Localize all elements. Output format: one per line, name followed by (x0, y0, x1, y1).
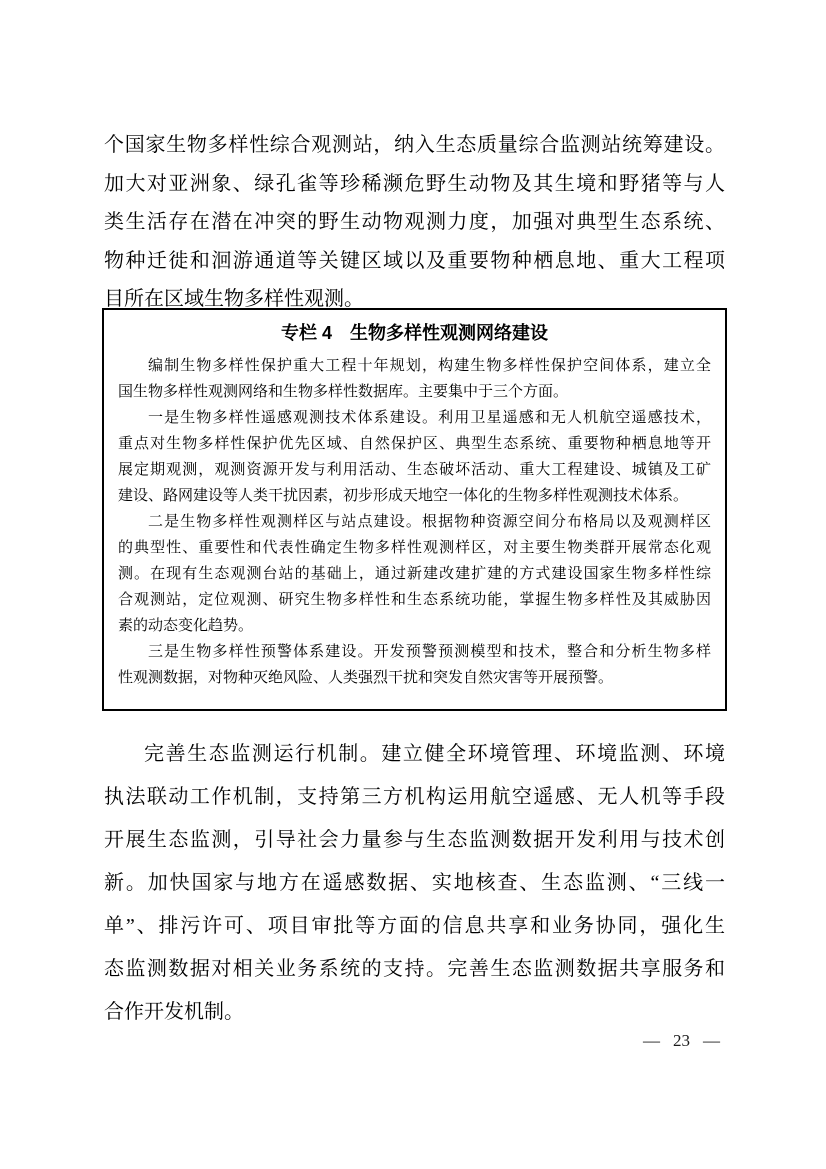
box-paragraph-third-point: 三是生物多样性预警体系建设。开发预警预测模型和技术，整合和分析生物多样性观测数据… (118, 639, 711, 691)
box-paragraph-overview: 编制生物多样性保护重大工程十年规划，构建生物多样性保护空间体系，建立全国生物多样… (118, 353, 711, 405)
callout-box-zhuanlan-4: 专栏 4 生物多样性观测网络建设 编制生物多样性保护重大工程十年规划，构建生物多… (102, 308, 727, 711)
page-footer: — 23 — (643, 1031, 720, 1051)
text-line: 国生物多样性观测网络和生物多样性数据库。主要集中于三个方面。 (118, 379, 711, 405)
box-paragraph-first-point: 一是生物多样性遥感观测技术体系建设。利用卫星遥感和无人机航空遥感技术，重点对生物… (118, 405, 711, 509)
text-line: 重点对生物多样性保护优先区域、自然保护区、典型生态系统、重要物种栖息地等开 (118, 431, 711, 457)
footer-right-dash: — (703, 1031, 720, 1051)
text-line: 测。在现有生态观测台站的基础上，通过新建改建扩建的方式建设国家生物多样性综 (118, 561, 711, 587)
document-page: 个国家生物多样性综合观测站，纳入生态质量综合监测站统筹建设。加大对亚洲象、绿孔雀… (0, 0, 826, 1169)
text-line: 编制生物多样性保护重大工程十年规划，构建生物多样性保护空间体系，建立全 (118, 353, 711, 379)
text-line: 类生活存在潜在冲突的野生动物观测力度，加强对典型生态系统、 (104, 203, 725, 242)
text-line: 开展生态监测，引导社会力量参与生态监测数据开发利用与技术创 (104, 819, 725, 862)
text-line: 素的动态变化趋势。 (118, 613, 711, 639)
box-paragraph-second-point: 二是生物多样性观测样区与站点建设。根据物种资源空间分布格局以及观测样区的典型性、… (118, 509, 711, 639)
text-line: 的典型性、重要性和代表性确定生物多样性观测样区，对主要生物类群开展常态化观 (118, 535, 711, 561)
callout-box-title: 专栏 4 生物多样性观测网络建设 (118, 318, 711, 348)
page-number: 23 (673, 1031, 690, 1051)
text-line: 物种迁徙和洄游通道等关键区域以及重要物种栖息地、重大工程项 (104, 242, 725, 281)
text-line: 三是生物多样性预警体系建设。开发预警预测模型和技术，整合和分析生物多样 (118, 639, 711, 665)
text-line: 态监测数据对相关业务系统的支持。完善生态监测数据共享服务和 (104, 948, 725, 991)
text-line: 二是生物多样性观测样区与站点建设。根据物种资源空间分布格局以及观测样区 (118, 509, 711, 535)
text-line: 执法联动工作机制，支持第三方机构运用航空遥感、无人机等手段 (104, 776, 725, 819)
text-line: 性观测数据，对物种灭绝风险、人类强烈干扰和突发自然灾害等开展预警。 (118, 665, 711, 691)
text-line: 合观测站，定位观测、研究生物多样性和生态系统功能，掌握生物多样性及其威胁因 (118, 587, 711, 613)
text-line: 展定期观测，观测资源开发与利用活动、生态破坏活动、重大工程建设、城镇及工矿 (118, 457, 711, 483)
text-line: 一是生物多样性遥感观测技术体系建设。利用卫星遥感和无人机航空遥感技术， (118, 405, 711, 431)
footer-left-dash: — (643, 1031, 660, 1051)
text-line: 加大对亚洲象、绿孔雀等珍稀濒危野生动物及其生境和野猪等与人 (104, 165, 725, 204)
text-line: 合作开发机制。 (104, 991, 725, 1034)
text-line: 单”、排污许可、项目审批等方面的信息共享和业务协同，强化生 (104, 905, 725, 948)
text-line: 完善生态监测运行机制。建立健全环境管理、环境监测、环境 (104, 733, 725, 776)
text-line: 建设、路网建设等人类干扰因素，初步形成天地空一体化的生物多样性观测技术体系。 (118, 483, 711, 509)
text-line: 新。加快国家与地方在遥感数据、实地核查、生态监测、“三线一 (104, 862, 725, 905)
intro-paragraph: 个国家生物多样性综合观测站，纳入生态质量综合监测站统筹建设。加大对亚洲象、绿孔雀… (104, 126, 725, 319)
closing-paragraph: 完善生态监测运行机制。建立健全环境管理、环境监测、环境执法联动工作机制，支持第三… (104, 733, 725, 1034)
text-line: 个国家生物多样性综合观测站，纳入生态质量综合监测站统筹建设。 (104, 126, 725, 165)
